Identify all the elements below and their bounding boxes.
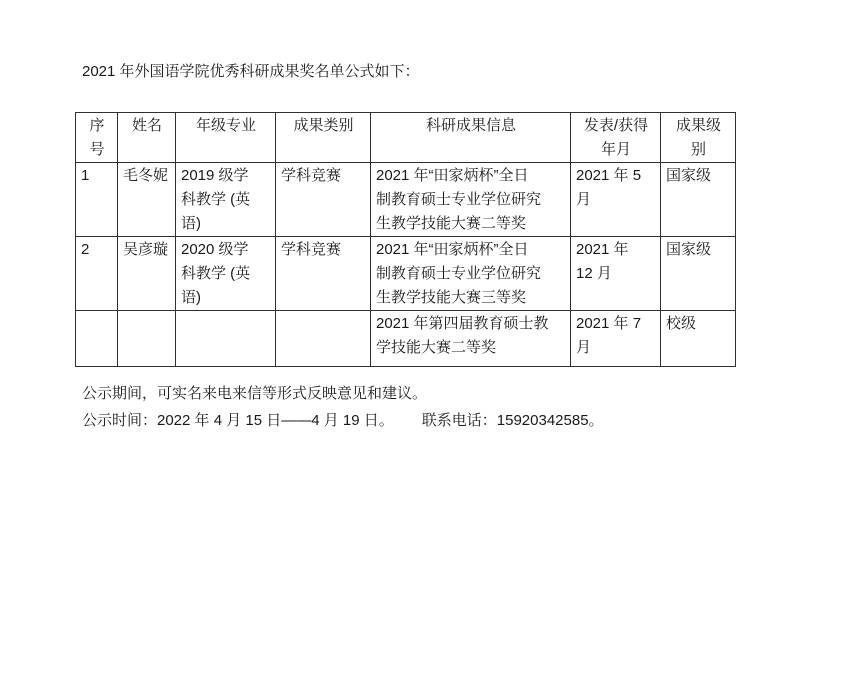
table-row: 2021 年第四届教育硕士教 学技能大赛二等奖 2021 年 7 月 校级 [76,311,736,367]
header-cell-publish-date: 发表/获得 年月 [571,113,661,163]
cell-achievement-info: 2021 年“田家炳杯”全日 制教育硕士专业学位研究 生教学技能大赛三等奖 [371,237,571,311]
cell-publish-date: 2021 年 7 月 [571,311,661,367]
cell-grade-major: 2020 级学 科教学 (英 语) [176,237,276,311]
cell-publish-date: 2021 年 12 月 [571,237,661,311]
cell-achievement-info: 2021 年“田家炳杯”全日 制教育硕士专业学位研究 生教学技能大赛二等奖 [371,163,571,237]
footer-feedback-note: 公示期间，可实名来电来信等形式反映意见和建议。 [82,384,427,403]
table-row: 2 吴彦璇 2020 级学 科教学 (英 语) 学科竞赛 2021 年“田家炳杯… [76,237,736,311]
cell-level: 国家级 [661,163,736,237]
cell-achievement-type: 学科竞赛 [276,163,371,237]
header-cell-index: 序 号 [76,113,118,163]
publicity-period: 公示时间：2022 年 4 月 15 日——4 月 19 日。 [82,412,394,429]
cell-publish-date: 2021 年 5 月 [571,163,661,237]
cell-grade-major: 2019 级学 科教学 (英 语) [176,163,276,237]
cell-achievement-type [276,311,371,367]
cell-name: 毛冬妮 [118,163,176,237]
cell-achievement-info: 2021 年第四届教育硕士教 学技能大赛二等奖 [371,311,571,367]
contact-phone: 联系电话：15920342585。 [422,412,604,429]
cell-grade-major [176,311,276,367]
header-cell-achievement-info: 科研成果信息 [371,113,571,163]
cell-name: 吴彦璇 [118,237,176,311]
awards-table: 序 号 姓名 年级专业 成果类别 科研成果信息 发表/获得 年月 成果级 别 1… [75,112,736,367]
cell-level: 校级 [661,311,736,367]
cell-level: 国家级 [661,237,736,311]
header-cell-achievement-type: 成果类别 [276,113,371,163]
cell-achievement-type: 学科竞赛 [276,237,371,311]
document-title: 2021 年外国语学院优秀科研成果奖名单公式如下： [82,62,420,81]
table-row: 1 毛冬妮 2019 级学 科教学 (英 语) 学科竞赛 2021 年“田家炳杯… [76,163,736,237]
cell-name [118,311,176,367]
document-page: 2021 年外国语学院优秀科研成果奖名单公式如下： 序 号 姓名 年级专业 成果… [0,0,850,674]
table-header-row: 序 号 姓名 年级专业 成果类别 科研成果信息 发表/获得 年月 成果级 别 [76,113,736,163]
footer-publicity-info: 公示时间：2022 年 4 月 15 日——4 月 19 日。联系电话：1592… [82,411,604,430]
cell-index [76,311,118,367]
cell-index: 2 [76,237,118,311]
cell-index: 1 [76,163,118,237]
header-cell-grade-major: 年级专业 [176,113,276,163]
header-cell-name: 姓名 [118,113,176,163]
header-cell-level: 成果级 别 [661,113,736,163]
